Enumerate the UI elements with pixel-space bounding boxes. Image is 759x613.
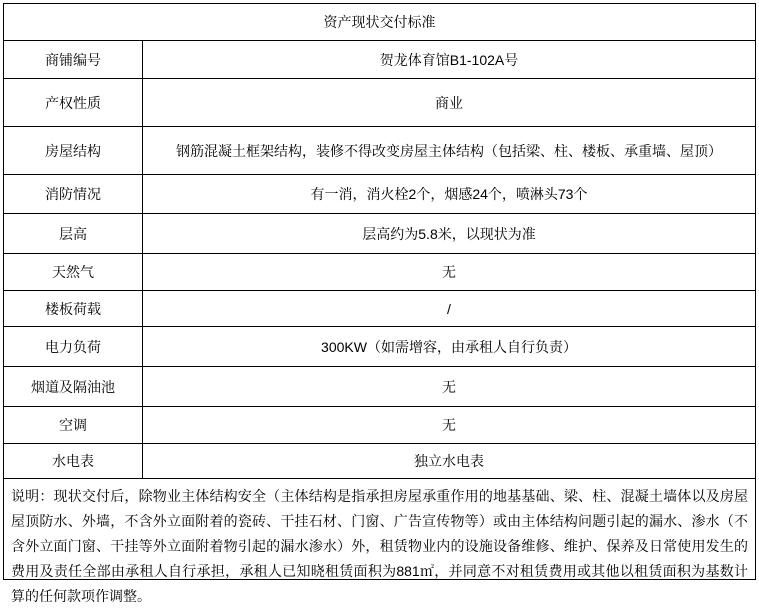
row-label-flue-grease-trap: 烟道及隔油池 [4, 367, 143, 406]
row-value-air-conditioning: 无 [143, 407, 755, 443]
table-row: 天然气 无 [4, 253, 755, 290]
table-row: 商铺编号 贺龙体育馆B1-102A号 [4, 40, 755, 78]
table-row: 消防情况 有一消，消火栓2个，烟感24个，喷淋头73个 [4, 174, 755, 213]
table-row: 空调 无 [4, 406, 755, 443]
row-label-property-nature: 产权性质 [4, 79, 143, 126]
row-value-flue-grease-trap: 无 [143, 367, 755, 406]
table-row: 电力负荷 300KW（如需增容，由承租人自行负责） [4, 326, 755, 366]
table-row: 水电表 独立水电表 [4, 443, 755, 478]
row-label-shop-number: 商铺编号 [4, 41, 143, 78]
row-label-power-load: 电力负荷 [4, 327, 143, 366]
title-row: 资产现状交付标准 [4, 4, 755, 40]
page-title: 资产现状交付标准 [4, 4, 755, 40]
row-value-power-load: 300KW（如需增容，由承租人自行负责） [143, 327, 755, 366]
table-row: 层高 层高约为5.8米，以现状为准 [4, 213, 755, 253]
table-row: 楼板荷载 / [4, 290, 755, 326]
delivery-standard-table: 资产现状交付标准 商铺编号 贺龙体育馆B1-102A号 产权性质 商业 房屋结构… [3, 3, 756, 580]
row-label-building-structure: 房屋结构 [4, 127, 143, 174]
table-row: 烟道及隔油池 无 [4, 366, 755, 406]
row-label-floor-height: 层高 [4, 214, 143, 253]
row-label-floor-load: 楼板荷载 [4, 291, 143, 326]
row-value-floor-load: / [143, 291, 755, 326]
row-label-natural-gas: 天然气 [4, 254, 143, 290]
row-label-fire-protection: 消防情况 [4, 175, 143, 213]
row-value-water-electric-meter: 独立水电表 [143, 444, 755, 478]
row-value-natural-gas: 无 [143, 254, 755, 290]
row-value-floor-height: 层高约为5.8米，以现状为准 [143, 214, 755, 253]
row-value-shop-number: 贺龙体育馆B1-102A号 [143, 41, 755, 78]
row-label-water-electric-meter: 水电表 [4, 444, 143, 478]
row-value-property-nature: 商业 [143, 79, 755, 126]
row-value-fire-protection: 有一消，消火栓2个，烟感24个，喷淋头73个 [143, 175, 755, 213]
row-label-air-conditioning: 空调 [4, 407, 143, 443]
note-text: 说明：现状交付后，除物业主体结构安全（主体结构是指承担房屋承重作用的地基基础、梁… [4, 478, 755, 613]
table-row: 产权性质 商业 [4, 78, 755, 126]
table-row: 房屋结构 钢筋混凝土框架结构，装修不得改变房屋主体结构（包括梁、柱、楼板、承重墙… [4, 126, 755, 174]
row-value-building-structure: 钢筋混凝土框架结构，装修不得改变房屋主体结构（包括梁、柱、楼板、承重墙、屋顶） [143, 127, 755, 174]
